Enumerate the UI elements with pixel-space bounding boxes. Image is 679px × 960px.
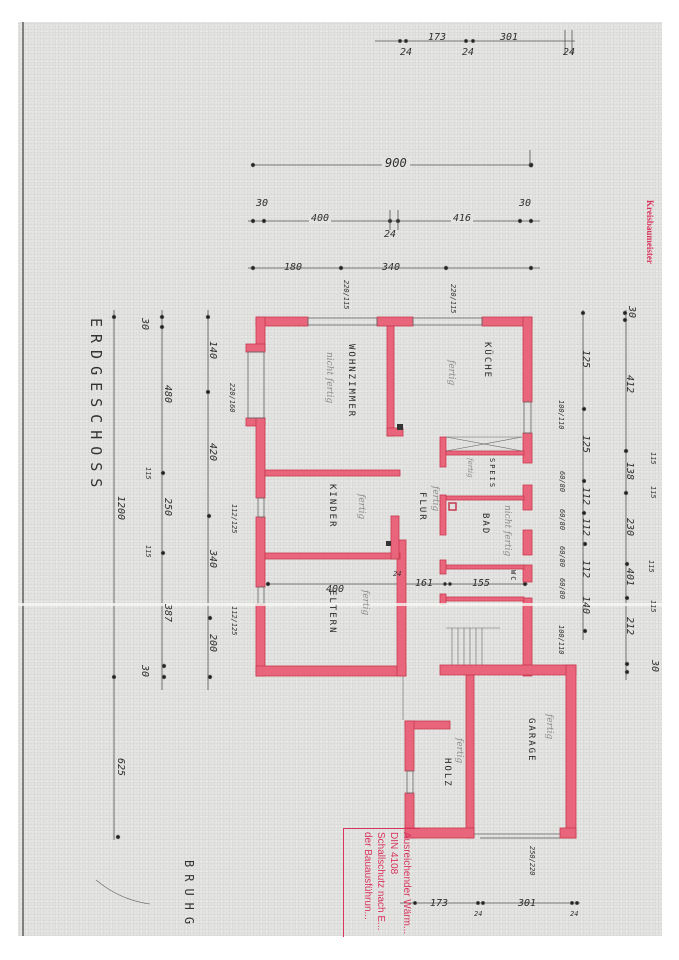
dim-left-115a: 115 [144, 467, 152, 480]
dim-top-24b: 24 [462, 47, 474, 58]
dim-bottom-24c: 24 [570, 910, 578, 918]
dim-width-416: 416 [451, 213, 473, 224]
room-note-bad: nicht fertig [502, 505, 512, 556]
dim-left-115b: 115 [144, 545, 152, 558]
dim-interior-155: 155 [472, 578, 490, 589]
dim-right-115d: 115 [649, 600, 657, 613]
stamp-line-2: DIN 4108 [387, 832, 400, 874]
dim-right-60-80c: 60/80 [558, 546, 566, 567]
room-note-speis: fertig [466, 458, 474, 478]
paper-fold [18, 603, 662, 606]
stamp-line-3: Schallschutz nach E... [374, 832, 387, 930]
room-label-kueche: KÜCHE [482, 342, 492, 379]
dim-window-220-115b: 220/115 [449, 284, 457, 314]
dim-right-112c: 112 [580, 560, 591, 578]
dim-right-138: 138 [624, 462, 635, 480]
dim-width-24: 24 [384, 229, 396, 240]
dim-right-115a: 115 [649, 452, 657, 465]
room-label-garage: GARAGE [526, 718, 536, 763]
dim-garage-door: 250/220 [528, 846, 536, 876]
dim-bottom-24b: 24 [474, 910, 482, 918]
dim-left-200: 200 [207, 634, 218, 652]
dim-right-30a: 30 [626, 306, 637, 318]
dim-right-125b: 125 [580, 435, 591, 453]
dim-right-100-110a: 100/110 [557, 400, 565, 430]
dim-left-30: 30 [139, 318, 150, 330]
dim-left-387: 387 [162, 604, 173, 622]
dim-left-1200: 1200 [115, 496, 126, 520]
room-note-wohnzimmer: nicht fertig [324, 352, 334, 403]
room-note-kueche: fertig [446, 360, 456, 385]
dim-right-60-80a: 60/80 [558, 471, 566, 492]
dim-window-220-115a: 220/115 [342, 280, 350, 310]
stamp-line-1: Ausreichender Wärm... [400, 832, 413, 934]
dim-right-60-80b: 60/80 [558, 509, 566, 530]
kreisbaumeister-stamp: Kreisbaumeister [645, 200, 655, 264]
dim-right-140: 140 [580, 596, 591, 614]
dim-right-125a: 125 [580, 350, 591, 368]
dim-top-24a: 24 [400, 47, 412, 58]
dim-top-173: 173 [428, 32, 446, 43]
dim-bottom-173: 173 [430, 898, 448, 909]
room-note-garage: fertig [544, 714, 554, 739]
dim-right-112a: 112 [580, 487, 591, 505]
room-label-wohnzimmer: WOHNZIMMER [346, 344, 356, 418]
dim-right-230: 230 [624, 518, 635, 536]
dim-top-301: 301 [500, 32, 518, 43]
room-label-speis: SPEIS [488, 458, 496, 489]
dim-right-100-110b: 100/110 [557, 625, 565, 655]
dim-left-112-125a: 112/125 [230, 504, 238, 534]
dim-left-420: 420 [207, 443, 218, 461]
dim-right-115b: 115 [649, 486, 657, 499]
dim-left-30b: 30 [139, 665, 150, 677]
dim-right-112b: 112 [580, 518, 591, 536]
dim-right-401: 401 [624, 568, 635, 586]
room-label-holz: HOLZ [442, 758, 452, 788]
dim-interior-161: 161 [415, 578, 433, 589]
floor-title: ERDGESCHOSS [87, 318, 105, 494]
dim-left-625: 625 [115, 758, 126, 776]
dim-window-180: 180 [284, 262, 302, 273]
dim-left-140: 140 [207, 341, 218, 359]
corner-label: BRUHG [182, 860, 196, 931]
room-label-eltern: ELTERN [327, 590, 337, 635]
dim-left-220-160: 220/160 [228, 383, 236, 413]
dim-left-340: 340 [207, 550, 218, 568]
room-note-holz: fertig [454, 738, 464, 763]
dim-right-115c: 115 [647, 560, 655, 573]
room-label-kinder: KINDER [327, 484, 337, 529]
room-label-bad: BAD [480, 513, 490, 535]
dim-window-340: 340 [382, 262, 400, 273]
room-label-flur: FLUR [417, 492, 427, 522]
room-note-flur: fertig [430, 486, 440, 511]
room-label-wc: WC [509, 570, 517, 582]
dim-right-30b: 30 [649, 660, 660, 672]
dim-left-112-125b: 112/125 [230, 606, 238, 636]
room-note-eltern: fertig [360, 590, 370, 615]
dim-bottom-301: 301 [518, 898, 536, 909]
dim-left-250: 250 [162, 498, 173, 516]
stamp-line-4: der Bauausführun... [361, 832, 374, 920]
dim-right-212: 212 [624, 617, 635, 635]
dim-interior-24: 24 [393, 570, 401, 578]
dim-right-412: 412 [624, 375, 635, 393]
dim-left-480: 480 [162, 385, 173, 403]
dim-width-30a: 30 [256, 198, 268, 209]
room-note-kinder: fertig [356, 494, 366, 519]
dim-overall-width: 900 [382, 156, 410, 170]
dim-width-400: 400 [309, 213, 331, 224]
dim-right-60-80d: 60/80 [558, 578, 566, 599]
dim-top-24c: 24 [563, 47, 575, 58]
dim-width-30b: 30 [519, 198, 531, 209]
